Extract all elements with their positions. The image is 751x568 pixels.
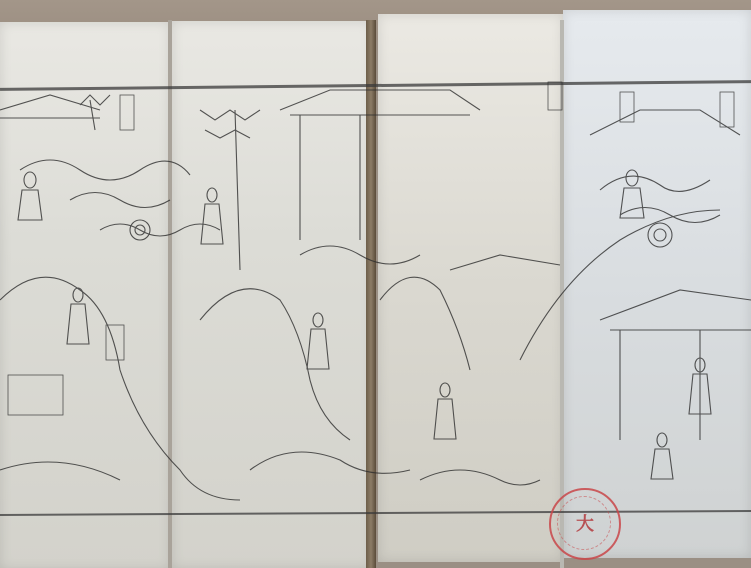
cloud-swirls bbox=[20, 160, 720, 264]
figures bbox=[18, 170, 711, 479]
trees bbox=[80, 95, 260, 270]
inscription-cartouches bbox=[8, 82, 734, 415]
seal-center-character: 大 bbox=[551, 510, 619, 536]
mountains-and-rocks bbox=[0, 210, 720, 500]
pavilion-roofs bbox=[0, 90, 751, 440]
red-seal-stamp: 大 bbox=[549, 488, 621, 560]
landscape-illustration bbox=[0, 0, 751, 568]
